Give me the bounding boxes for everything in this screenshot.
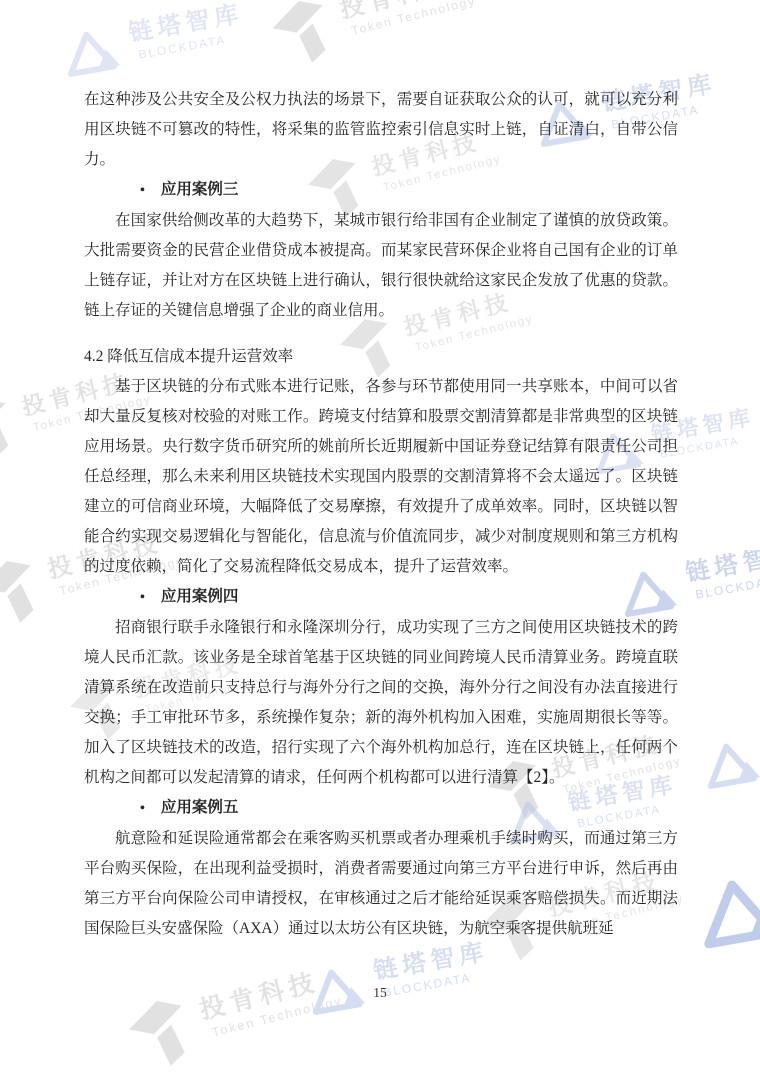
watermark-text: 链塔智库BLOCKDATA [684,541,760,603]
watermark-text: 投肯科技Token Technology [337,0,477,40]
blockdata-triangle-logo-icon [695,731,760,791]
watermark-brand-en: BLOCKDATA [131,29,248,63]
watermark-blockdata: 链塔智库BLOCKDATA [685,829,760,952]
paragraph-section-4-2: 基于区块链的分布式账本进行记账，各参与环节都使用同一共享账本，中间可以省却大量反… [84,372,678,582]
watermark-token: 投肯科技Token Technology [262,0,481,72]
bullet-case-three-label: 应用案例三 [161,175,239,205]
document-page: 链塔智库BLOCKDATA投肯科技Token Technology链塔智库BLO… [0,0,760,1075]
watermark-brand-cn: 链塔智库 [372,939,491,985]
bullet-case-three: • 应用案例三 [84,175,678,206]
paragraph-case-five: 航意险和延误险通常都会在乘客购买机票或者办理乘机手续时购买，而通过第三方平台购买… [84,824,678,944]
bullet-icon: • [140,794,145,824]
watermark-token: 投肯科技Token Technology [118,949,348,1075]
blockdata-triangle-logo-icon [685,862,760,952]
watermark-brand-en: BLOCKDATA [688,569,760,603]
bullet-case-four-label: 应用案例四 [161,582,239,612]
bullet-icon: • [140,176,145,206]
watermark-brand-en: Token Technology [344,0,477,40]
page-number: 15 [0,985,760,1001]
paragraph-case-four: 招商银行联手永隆银行和永隆深圳分行，成功实现了三方之间使用区块链技术的跨境人民币… [84,613,678,793]
watermark-brand-cn: 投肯科技 [337,0,473,24]
token-technology-logo-icon [0,547,50,632]
token-technology-logo-icon [262,0,342,72]
token-technology-logo-icon [0,385,24,466]
blockdata-triangle-logo-icon [55,19,125,79]
paragraph-continuation: 在这种涉及公共安全及公权力执法的场景下，需要自证获取公众的认可，就可以充分利用区… [84,85,678,175]
watermark-text: 链塔智库BLOCKDATA [127,1,249,63]
bullet-case-four: • 应用案例四 [84,582,678,613]
watermark-brand-cn: 链塔智库 [684,541,760,587]
paragraph-case-three: 在国家供给侧改革的大趋势下，某城市银行给非国有企业制定了谨慎的放贷政策。大批需要… [84,206,678,326]
watermark-text: 投肯科技Token Technology [197,964,344,1041]
bullet-case-five: • 应用案例五 [84,793,678,824]
watermark-blockdata: 链塔智库BLOCKDATA [55,0,249,79]
section-heading-4-2: 4.2 降低互信成本提升运营效率 [84,342,678,372]
watermark-brand-cn: 链塔智库 [127,1,246,47]
bullet-case-five-label: 应用案例五 [161,793,239,823]
document-body: 在这种涉及公共安全及公权力执法的场景下，需要自证获取公众的认可，就可以充分利用区… [84,85,678,944]
watermark-blockdata: 链塔智库BLOCKDATA [300,935,494,1017]
watermark-blockdata: 链塔智库BLOCKDATA [695,709,760,791]
bullet-icon: • [140,583,145,613]
